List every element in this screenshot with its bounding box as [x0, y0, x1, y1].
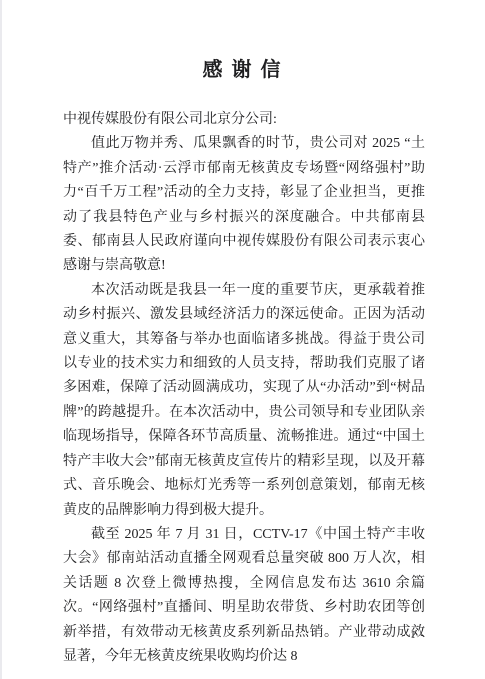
document-page: 感 谢 信 中视传媒股份有限公司北京分公司: 值此万物并秀、瓜果飘香的时节，贵公…	[0, 0, 485, 679]
letter-salutation: 中视传媒股份有限公司北京分公司:	[63, 108, 425, 132]
page-number: - 1 -	[402, 629, 425, 641]
letter-paragraph: 值此万物并秀、瓜果飘香的时节，贵公司对 2025 “土特产”推介活动·云浮市郁南…	[63, 132, 425, 278]
letter-body: 中视传媒股份有限公司北京分公司: 值此万物并秀、瓜果飘香的时节，贵公司对 202…	[63, 108, 425, 669]
letter-paragraph: 本次活动既是我县一年一度的重要节庆，更承载着推动乡村振兴、激发县域经济活力的深远…	[63, 279, 425, 523]
letter-paragraph: 截至 2025 年 7 月 31 日，CCTV-17《中国土特产丰收大会》郁南站…	[63, 523, 425, 669]
page-edge-line	[0, 0, 2, 679]
letter-title: 感 谢 信	[0, 0, 485, 84]
